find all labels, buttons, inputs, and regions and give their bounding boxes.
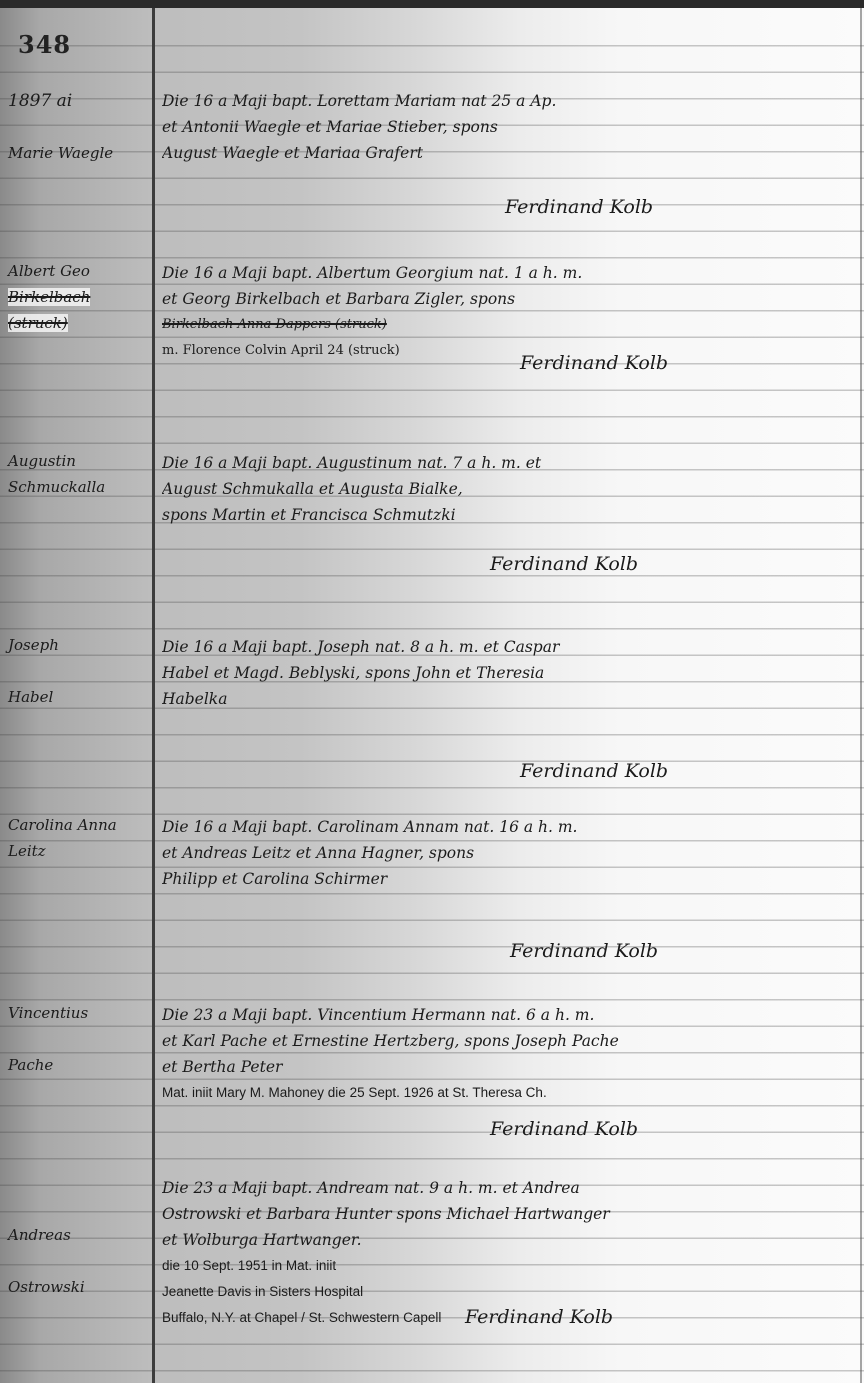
column-divider	[152, 8, 155, 1383]
page-right-edge	[860, 8, 862, 1383]
margin-name-entry-2: Albert Geo Birkelbach (struck)	[8, 258, 150, 336]
entry-line: et Karl Pache et Ernestine Hertzberg, sp…	[162, 1028, 842, 1054]
signature: Ferdinand Kolb	[510, 940, 658, 962]
entry-line: Die 16 a Maji bapt. Albertum Georgium na…	[162, 260, 842, 286]
entry-line: Philipp et Carolina Schirmer	[162, 866, 842, 892]
entry-6: Die 23 a Maji bapt. Vincentium Hermann n…	[162, 1002, 842, 1106]
entry-line: August Schmukalla et Augusta Bialke,	[162, 476, 842, 502]
entry-2: Die 16 a Maji bapt. Albertum Georgium na…	[162, 260, 842, 364]
signature: Ferdinand Kolb	[505, 196, 653, 218]
margin-name: Carolina Anna	[8, 816, 117, 834]
entry-5: Die 16 a Maji bapt. Carolinam Annam nat.…	[162, 814, 842, 892]
entry-line: et Bertha Peter	[162, 1054, 842, 1080]
entry-line-struck: Birkelbach Anna Dappers (struck)	[162, 312, 842, 338]
signature: Ferdinand Kolb	[490, 1118, 638, 1140]
margin-name-entry-4: Joseph Habel	[8, 632, 150, 710]
margin-name: Habel	[8, 688, 53, 706]
entry-line: Die 16 a Maji bapt. Augustinum nat. 7 a …	[162, 450, 842, 476]
year-header: 1897 ai	[8, 88, 150, 114]
entry-line: spons Martin et Francisca Schmutzki	[162, 502, 842, 528]
entry-line: Die 23 a Maji bapt. Vincentium Hermann n…	[162, 1002, 842, 1028]
signature: Ferdinand Kolb	[490, 553, 638, 575]
margin-name: Leitz	[8, 842, 46, 860]
marriage-annotation: die 10 Sept. 1951 in Mat. iniit	[162, 1253, 842, 1279]
entry-line: et Andreas Leitz et Anna Hagner, spons	[162, 840, 842, 866]
page-top-edge	[0, 0, 864, 8]
entry-line: et Antonii Waegle et Mariae Stieber, spo…	[162, 114, 842, 140]
entry-line-annotation: m. Florence Colvin April 24 (struck)	[162, 338, 842, 364]
margin-name-entry-3: Augustin Schmuckalla	[8, 448, 150, 500]
margin-name-struck: Birkelbach (struck)	[8, 288, 90, 332]
entry-line: et Georg Birkelbach et Barbara Zigler, s…	[162, 286, 842, 312]
margin-name-entry-6: Vincentius Pache	[8, 1000, 150, 1078]
entry-line: Die 23 a Maji bapt. Andream nat. 9 a h. …	[162, 1175, 842, 1201]
entry-line: Habel et Magd. Beblyski, spons John et T…	[162, 660, 842, 686]
entry-1: Die 16 a Maji bapt. Lorettam Mariam nat …	[162, 88, 842, 166]
entry-line: Die 16 a Maji bapt. Joseph nat. 8 a h. m…	[162, 634, 842, 660]
signature: Ferdinand Kolb	[520, 760, 668, 782]
entry-line: Die 16 a Maji bapt. Lorettam Mariam nat …	[162, 88, 842, 114]
marriage-annotation: Mat. iniit Mary M. Mahoney die 25 Sept. …	[162, 1080, 842, 1106]
margin-name: Augustin	[8, 452, 76, 470]
margin-name: Pache	[8, 1056, 53, 1074]
marriage-annotation: Jeanette Davis in Sisters Hospital	[162, 1279, 842, 1305]
register-page: 348 1897 ai Marie Waegle Die 16 a Maji b…	[0, 0, 864, 1383]
margin-name: Schmuckalla	[8, 478, 105, 496]
entry-line: Ostrowski et Barbara Hunter spons Michae…	[162, 1201, 842, 1227]
margin-name: Albert Geo	[8, 262, 90, 280]
margin-name: Ostrowski	[8, 1278, 85, 1296]
margin-name: Andreas	[8, 1226, 71, 1244]
entry-line: August Waegle et Mariaa Grafert	[162, 140, 842, 166]
page-number: 348	[18, 30, 71, 59]
margin-name-entry-5: Carolina Anna Leitz	[8, 812, 150, 864]
entry-line: Habelka	[162, 686, 842, 712]
signature: Ferdinand Kolb	[465, 1306, 613, 1328]
margin-name: Joseph	[8, 636, 59, 654]
margin-name-entry-1: Marie Waegle	[8, 140, 150, 166]
entry-line: et Wolburga Hartwanger.	[162, 1227, 842, 1253]
margin-name-entry-7: Andreas Ostrowski	[8, 1222, 150, 1300]
signature: Ferdinand Kolb	[520, 352, 668, 374]
entry-line: Die 16 a Maji bapt. Carolinam Annam nat.…	[162, 814, 842, 840]
entry-4: Die 16 a Maji bapt. Joseph nat. 8 a h. m…	[162, 634, 842, 712]
entry-3: Die 16 a Maji bapt. Augustinum nat. 7 a …	[162, 450, 842, 528]
margin-name: Vincentius	[8, 1004, 88, 1022]
margin-name: Marie Waegle	[8, 144, 113, 162]
